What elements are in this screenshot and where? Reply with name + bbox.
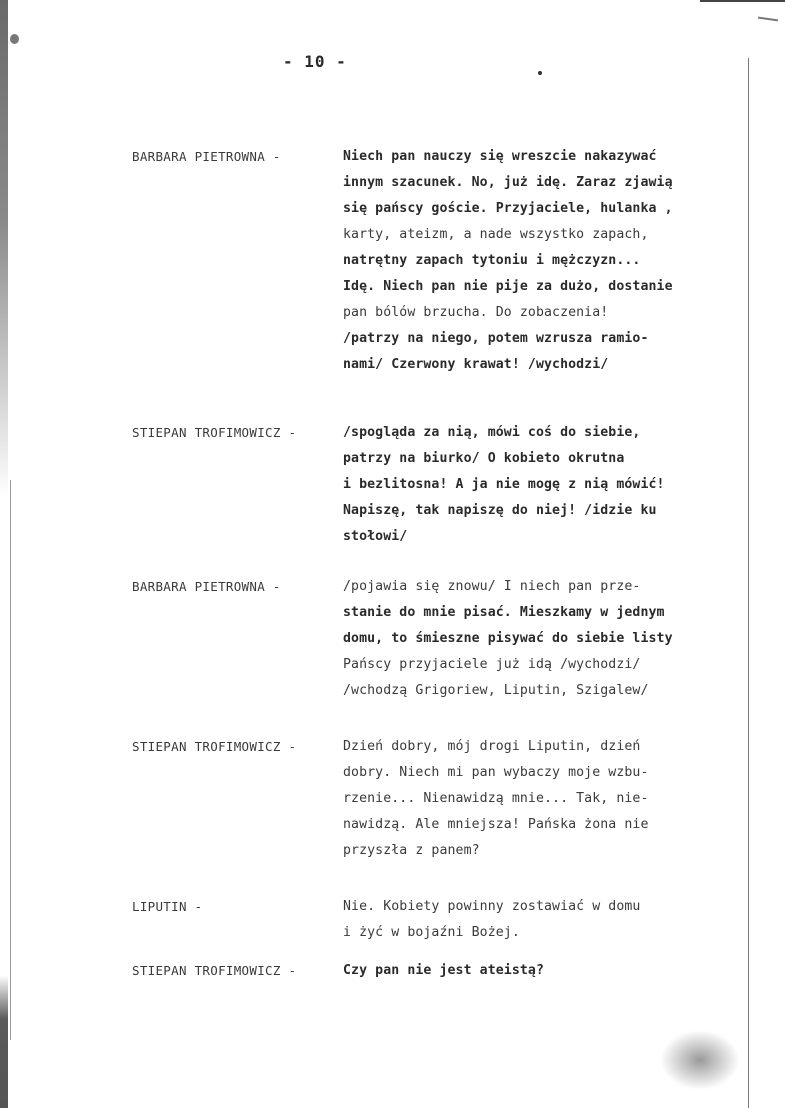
dialogue-line: Dzień dobry, mój drogi Liputin, dzień (343, 738, 649, 764)
dialogue-line: nawidzą. Ale mniejsza! Pańska żona nie (343, 816, 649, 842)
scan-right-edge-line (748, 58, 749, 1108)
dialogue-line: stołowi/ (343, 528, 665, 554)
dialogue-line: Czy pan nie jest ateistą? (343, 962, 544, 988)
speaker-name: BARBARA PIETROWNA - (132, 149, 281, 164)
dialogue-line: rzenie... Nienawidzą mnie... Tak, nie- (343, 790, 649, 816)
ink-dot (538, 71, 542, 75)
dialogue-line: karty, ateizm, a nade wszystko zapach, (343, 226, 673, 252)
dialogue-line: pan bólów brzucha. Do zobaczenia! (343, 304, 673, 330)
dialogue-line: Napiszę, tak napiszę do niej! /idzie ku (343, 502, 665, 528)
dialogue-line: stanie do mnie pisać. Mieszkamy w jednym (343, 604, 673, 630)
dialogue-line: się pańscy goście. Przyjaciele, hulanka … (343, 200, 673, 226)
dialogue-line: /pojawia się znowu/ I niech pan prze- (343, 578, 673, 604)
scan-top-edge (700, 0, 785, 2)
dialogue-line: /spogląda za nią, mówi coś do siebie, (343, 424, 665, 450)
dialogue-line: patrzy na biurko/ O kobieto okrutna (343, 450, 665, 476)
dialogue-line: i bezlitosna! A ja nie mogę z nią mówić! (343, 476, 665, 502)
dialogue-line: Nie. Kobiety powinny zostawiać w domu (343, 898, 640, 924)
pencil-mark (758, 17, 778, 22)
dialogue-line: Niech pan nauczy się wreszcie nakazywać (343, 148, 673, 174)
dialogue-line: /patrzy na niego, potem wzrusza ramio- (343, 330, 673, 356)
scan-left-edge-shadow (0, 0, 8, 1108)
scan-left-edge-line (10, 480, 11, 1040)
speaker-name: BARBARA PIETROWNA - (132, 579, 281, 594)
scan-noise (660, 1030, 740, 1090)
speaker-name: STIEPAN TROFIMOWICZ - (132, 425, 296, 440)
dialogue-line: Pańscy przyjaciele już idą /wychodzi/ (343, 656, 673, 682)
dialogue-line: i żyć w bojaźni Bożej. (343, 924, 640, 950)
dialogue-lines: /spogląda za nią, mówi coś do siebie, pa… (343, 424, 665, 554)
dialogue-lines: Nie. Kobiety powinny zostawiać w domu i … (343, 898, 640, 950)
dialogue-line: przyszła z panem? (343, 842, 649, 868)
dialogue-line: dobry. Niech mi pan wybaczy moje wzbu- (343, 764, 649, 790)
speaker-name: STIEPAN TROFIMOWICZ - (132, 739, 296, 754)
dialogue-line: natrętny zapach tytoniu i mężczyzn... (343, 252, 673, 278)
speaker-name: LIPUTIN - (132, 899, 202, 914)
dialogue-line: /wchodzą Grigoriew, Liputin, Szigalew/ (343, 682, 673, 708)
dialogue-lines: Dzień dobry, mój drogi Liputin, dzień do… (343, 738, 649, 868)
dialogue-line: nami/ Czerwony krawat! /wychodzi/ (343, 356, 673, 382)
dialogue-lines: Niech pan nauczy się wreszcie nakazywać … (343, 148, 673, 382)
dialogue-line: innym szacunek. No, już idę. Zaraz zjawi… (343, 174, 673, 200)
dialogue-lines: Czy pan nie jest ateistą? (343, 962, 544, 988)
dialogue-line: domu, to śmieszne pisywać do siebie list… (343, 630, 673, 656)
page-number: - 10 - (283, 52, 347, 71)
ink-blot (10, 34, 19, 44)
dialogue-line: Idę. Niech pan nie pije za dużo, dostani… (343, 278, 673, 304)
dialogue-lines: /pojawia się znowu/ I niech pan prze- st… (343, 578, 673, 708)
speaker-name: STIEPAN TROFIMOWICZ - (132, 963, 296, 978)
